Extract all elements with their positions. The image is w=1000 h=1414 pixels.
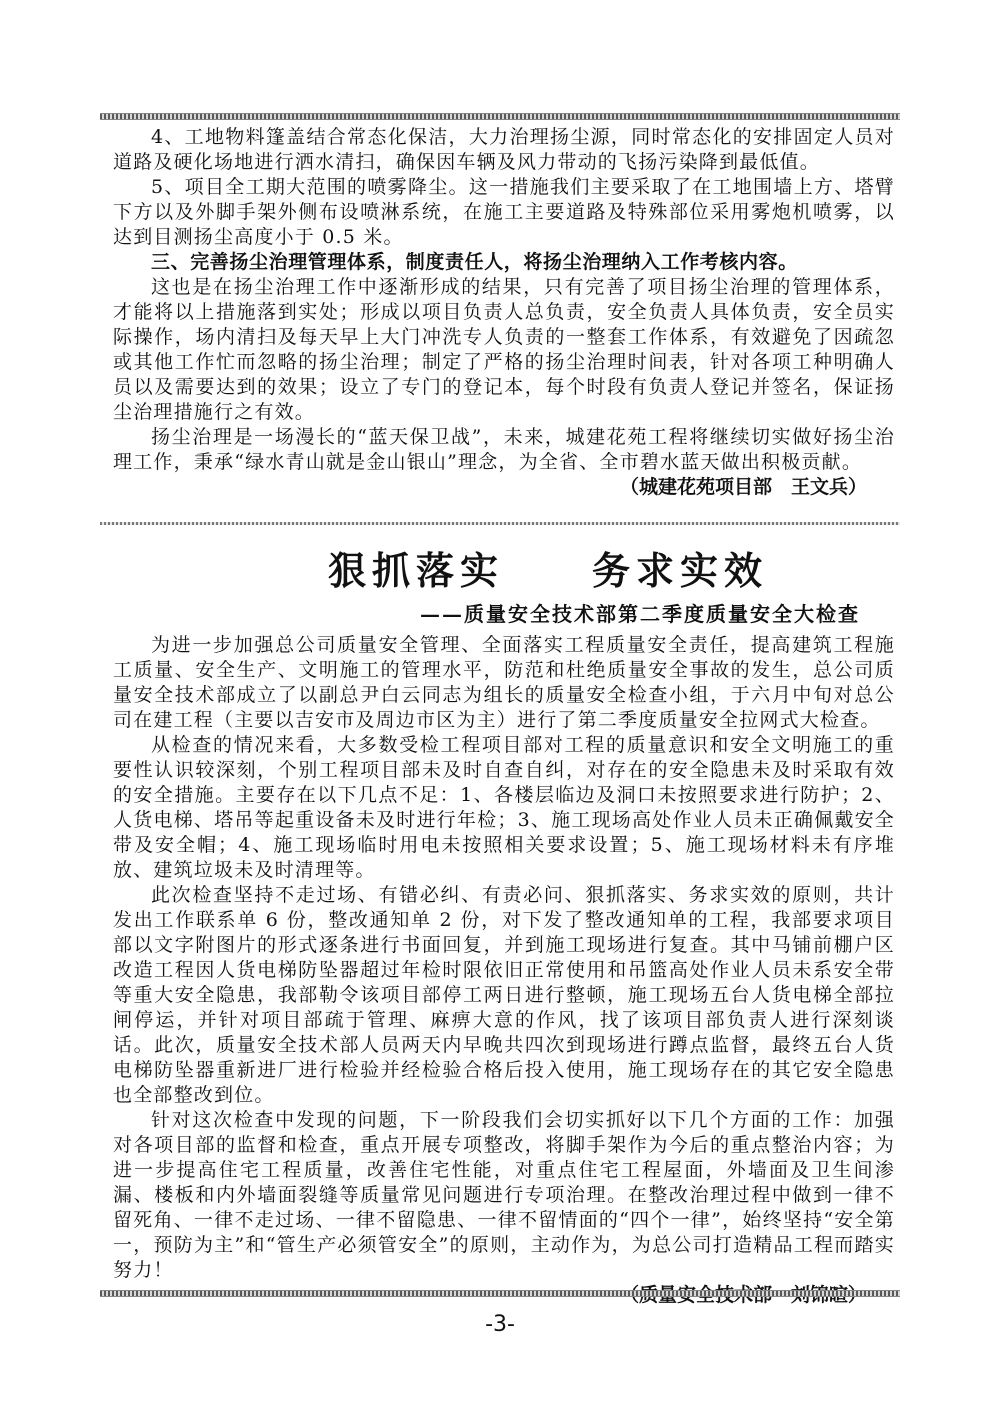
section-heading: 三、完善扬尘治理管理体系，制度责任人，将扬尘治理纳入工作考核内容。: [113, 250, 895, 275]
article-subtitle: ——质量安全技术部第二季度质量安全大检查: [420, 598, 860, 627]
article-quality-inspection: 为进一步加强总公司质量安全管理、全面落实工程质量安全责任，提高建筑工程施工质量、…: [113, 633, 895, 1308]
article-dust-control-continued: 4、工地物料篷盖结合常态化保洁，大力治理扬尘源，同时常态化的安排固定人员对道路及…: [113, 125, 895, 500]
paragraph: 为进一步加强总公司质量安全管理、全面落实工程质量安全责任，提高建筑工程施工质量、…: [113, 633, 895, 733]
author-signature: （城建花苑项目部 王文兵）: [113, 475, 895, 500]
paragraph: 4、工地物料篷盖结合常态化保洁，大力治理扬尘源，同时常态化的安排固定人员对道路及…: [113, 125, 895, 175]
article-title: 狠抓落实 务求实效: [328, 540, 768, 595]
article-divider: [100, 522, 900, 525]
paragraph: 5、项目全工期大范围的喷雾降尘。这一措施我们主要采取了在工地围墙上方、塔臂下方以…: [113, 175, 895, 250]
top-divider: [100, 113, 900, 120]
paragraph: 扬尘治理是一场漫长的“蓝天保卫战”，未来，城建花苑工程将继续切实做好扬尘治理工作…: [113, 425, 895, 475]
page-number: -3-: [100, 1312, 900, 1337]
paragraph: 这也是在扬尘治理工作中逐渐形成的结果，只有完善了项目扬尘治理的管理体系，才能将以…: [113, 275, 895, 425]
paragraph: 针对这次检查中发现的问题，下一阶段我们会切实抓好以下几个方面的工作：加强对各项目…: [113, 1108, 895, 1283]
document-page: 4、工地物料篷盖结合常态化保洁，大力治理扬尘源，同时常态化的安排固定人员对道路及…: [100, 0, 900, 1414]
paragraph: 从检查的情况来看，大多数受检工程项目部对工程的质量意识和安全文明施工的重要性认识…: [113, 733, 895, 883]
bottom-divider: [100, 1290, 900, 1297]
paragraph: 此次检查坚持不走过场、有错必纠、有责必问、狠抓落实、务求实效的原则，共计发出工作…: [113, 883, 895, 1108]
